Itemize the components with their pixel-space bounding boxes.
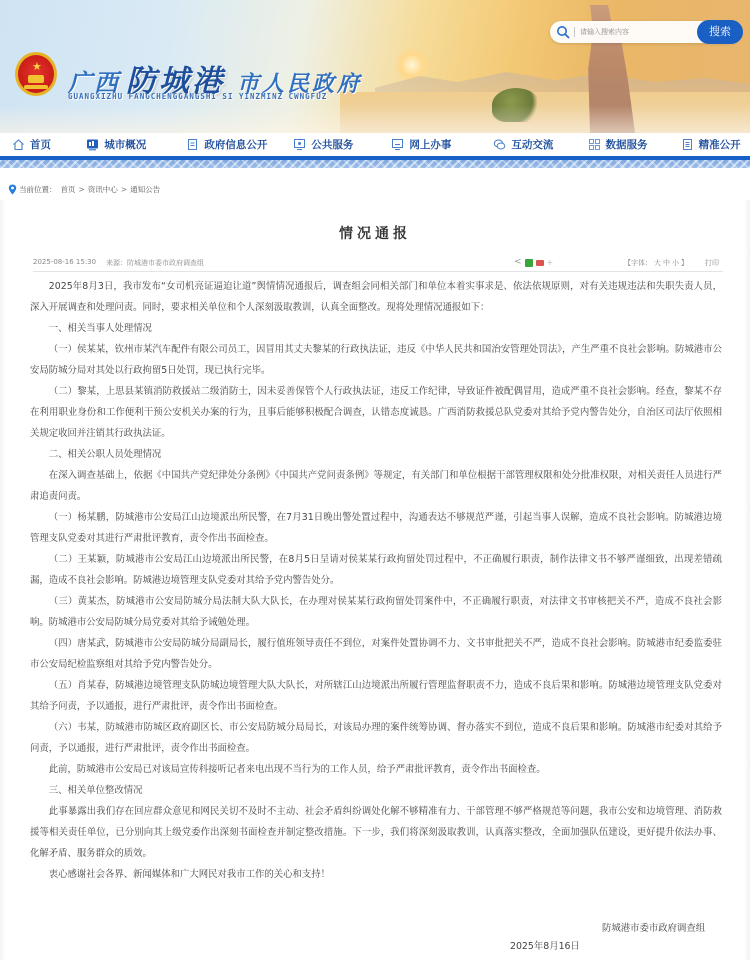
banner-haze [0,105,750,133]
nav-item-label: 互动交流 [511,137,553,152]
document-icon [186,138,199,151]
gate-shape [28,75,44,83]
search-icon [556,25,570,39]
font-size-label-open: 【字体： [624,259,652,267]
paragraph: 此前，防城港市公安局已对该局宣传科接听记者来电出现不当行为的工作人员，给予严肃批… [30,759,722,780]
nav-decorative-pattern [0,160,750,168]
article-body: 2025年8月3日，我市发布“女司机亮证逼迫让道”舆情情况通报后，调查组会同相关… [30,276,722,885]
share-icon[interactable]: < [514,258,522,267]
nav-item-label: 公共服务 [311,137,353,152]
article-title: 情况通报 [0,223,750,243]
breadcrumb-notices[interactable]: 通知公告 [130,184,160,195]
article-meta: 2025-08-16 15:30 来源：防城港市委市政府调查组 < + 【字体：… [33,258,723,272]
home-icon [12,138,25,151]
breadcrumb: 当前位置： 首页 > 资讯中心 > 通知公告 [8,182,160,196]
paragraph: （一）杨某鹏，防城港市公安局江山边境派出所民警，在7月31日晚出警处置过程中，沟… [30,507,722,549]
meta-divider [33,271,723,272]
weibo-share-icon[interactable] [536,260,544,266]
nav-item-home[interactable]: 首页 [12,137,86,152]
wechat-share-icon[interactable] [525,259,533,267]
paragraph-closing: 衷心感谢社会各界、新闻媒体和广大网民对我市工作的关心和支持！ [30,864,722,885]
nav-item-data-service[interactable]: 数据服务 [588,137,681,152]
font-size-small[interactable]: 小 [672,259,679,267]
search-divider [574,27,575,37]
print-button[interactable]: 打印 [705,258,719,268]
service-icon [293,138,306,151]
article-source: 来源：防城港市委市政府调查组 [106,258,204,268]
nav-item-precise-disclosure[interactable]: 精准公开 [681,137,750,152]
site-banner: ★ 广西 防城港 市人民政府 GUANGXIZHU FANGCHENGGANGS… [0,0,750,133]
paragraph: （四）唐某武，防城港市公安局防城分局副局长，履行值班领导责任不到位，对案件处置协… [30,633,722,675]
share-bar: < + [514,258,553,267]
font-size-large[interactable]: 大 [654,259,661,267]
section-heading-2: 二、相关公职人员处理情况 [30,444,722,465]
paragraph: 在深入调查基础上，依据《中国共产党纪律处分条例》《中国共产党问责条例》等规定，有… [30,465,722,507]
paragraph: （五）肖某春，防城港边境管理支队防城边境管理大队大队长，对所辖江山边境派出所履行… [30,675,722,717]
breadcrumb-prefix: 当前位置： [19,184,57,195]
page-edge-left [0,200,6,960]
city-icon [86,138,99,151]
site-name-pinyin: GUANGXIZHU FANGCHENGGANGSHI SI YINZMINZ … [68,92,327,101]
chat-icon [493,138,506,151]
paragraph: （六）韦某，防城港市防城区政府副区长、市公安局防城分局局长，对该局办理的案件统筹… [30,717,722,759]
nav-item-online-service[interactable]: 网上办事 [391,137,493,152]
signature-organization: 防城港市委市政府调查组 [602,920,705,934]
nav-item-interaction[interactable]: 互动交流 [493,137,587,152]
breadcrumb-home[interactable]: 首页 [61,184,76,195]
paragraph-intro: 2025年8月3日，我市发布“女司机亮证逼迫让道”舆情情况通报后，调查组会同相关… [30,276,722,318]
font-size-medium[interactable]: 中 [663,259,670,267]
section-heading-1: 一、相关当事人处理情况 [30,318,722,339]
nav-item-gov-info[interactable]: 政府信息公开 [186,137,293,152]
national-emblem-icon[interactable]: ★ [15,52,57,96]
paragraph: （一）侯某某，钦州市某汽车配件有限公司员工，因冒用其丈夫黎某的行政执法证，违反《… [30,339,722,381]
star-icon: ★ [32,61,42,72]
search-button[interactable]: 搜索 [697,20,743,44]
paragraph: （三）黄某杰，防城港市公安局防城分局法制大队大队长，在办理对侯某某行政拘留处罚案… [30,591,722,633]
location-pin-icon [8,184,17,195]
font-size-control: 【字体：大中小】 [623,258,689,268]
section-heading-3: 三、相关单位整改情况 [30,780,722,801]
paragraph: 此事暴露出我们存在回应群众意见和网民关切不及时不主动、社会矛盾纠纷调处化解不够精… [30,801,722,864]
data-icon [588,138,601,151]
more-share-icon[interactable]: + [547,259,554,267]
font-size-label-close: 】 [681,259,688,267]
breadcrumb-separator: > [79,185,85,194]
paragraph: （二）黎某，上思县某镇消防救援站二级消防士，因未妥善保管个人行政执法证，违反工作… [30,381,722,444]
main-nav: 首页 城市概况 政府信息公开 公共服务 网上办事 互动交流 数据服务 精准公开 [0,133,750,156]
publish-date: 2025-08-16 15:30 [33,258,96,266]
breadcrumb-separator: > [121,185,127,194]
nav-item-label: 城市概况 [104,137,146,152]
search-input[interactable] [580,24,688,40]
nav-item-label: 数据服务 [606,137,648,152]
site-logo-text[interactable]: 广西 防城港 市人民政府 [68,56,362,88]
nav-item-label: 网上办事 [409,137,451,152]
nav-item-label: 首页 [30,137,51,152]
signature-date: 2025年8月16日 [510,938,580,952]
nav-item-label: 精准公开 [699,137,741,152]
nav-item-city-overview[interactable]: 城市概况 [86,137,186,152]
breadcrumb-news-center[interactable]: 资讯中心 [88,184,118,195]
online-service-icon [391,138,404,151]
paragraph: （二）王某颖，防城港市公安局江山边境派出所民警，在8月5日呈请对侯某某行政拘留处… [30,549,722,591]
emblem-base-shape [24,85,48,89]
list-icon [681,138,694,151]
page-edge-right [744,200,750,960]
nav-item-label: 政府信息公开 [204,137,267,152]
nav-item-public-service[interactable]: 公共服务 [293,137,391,152]
